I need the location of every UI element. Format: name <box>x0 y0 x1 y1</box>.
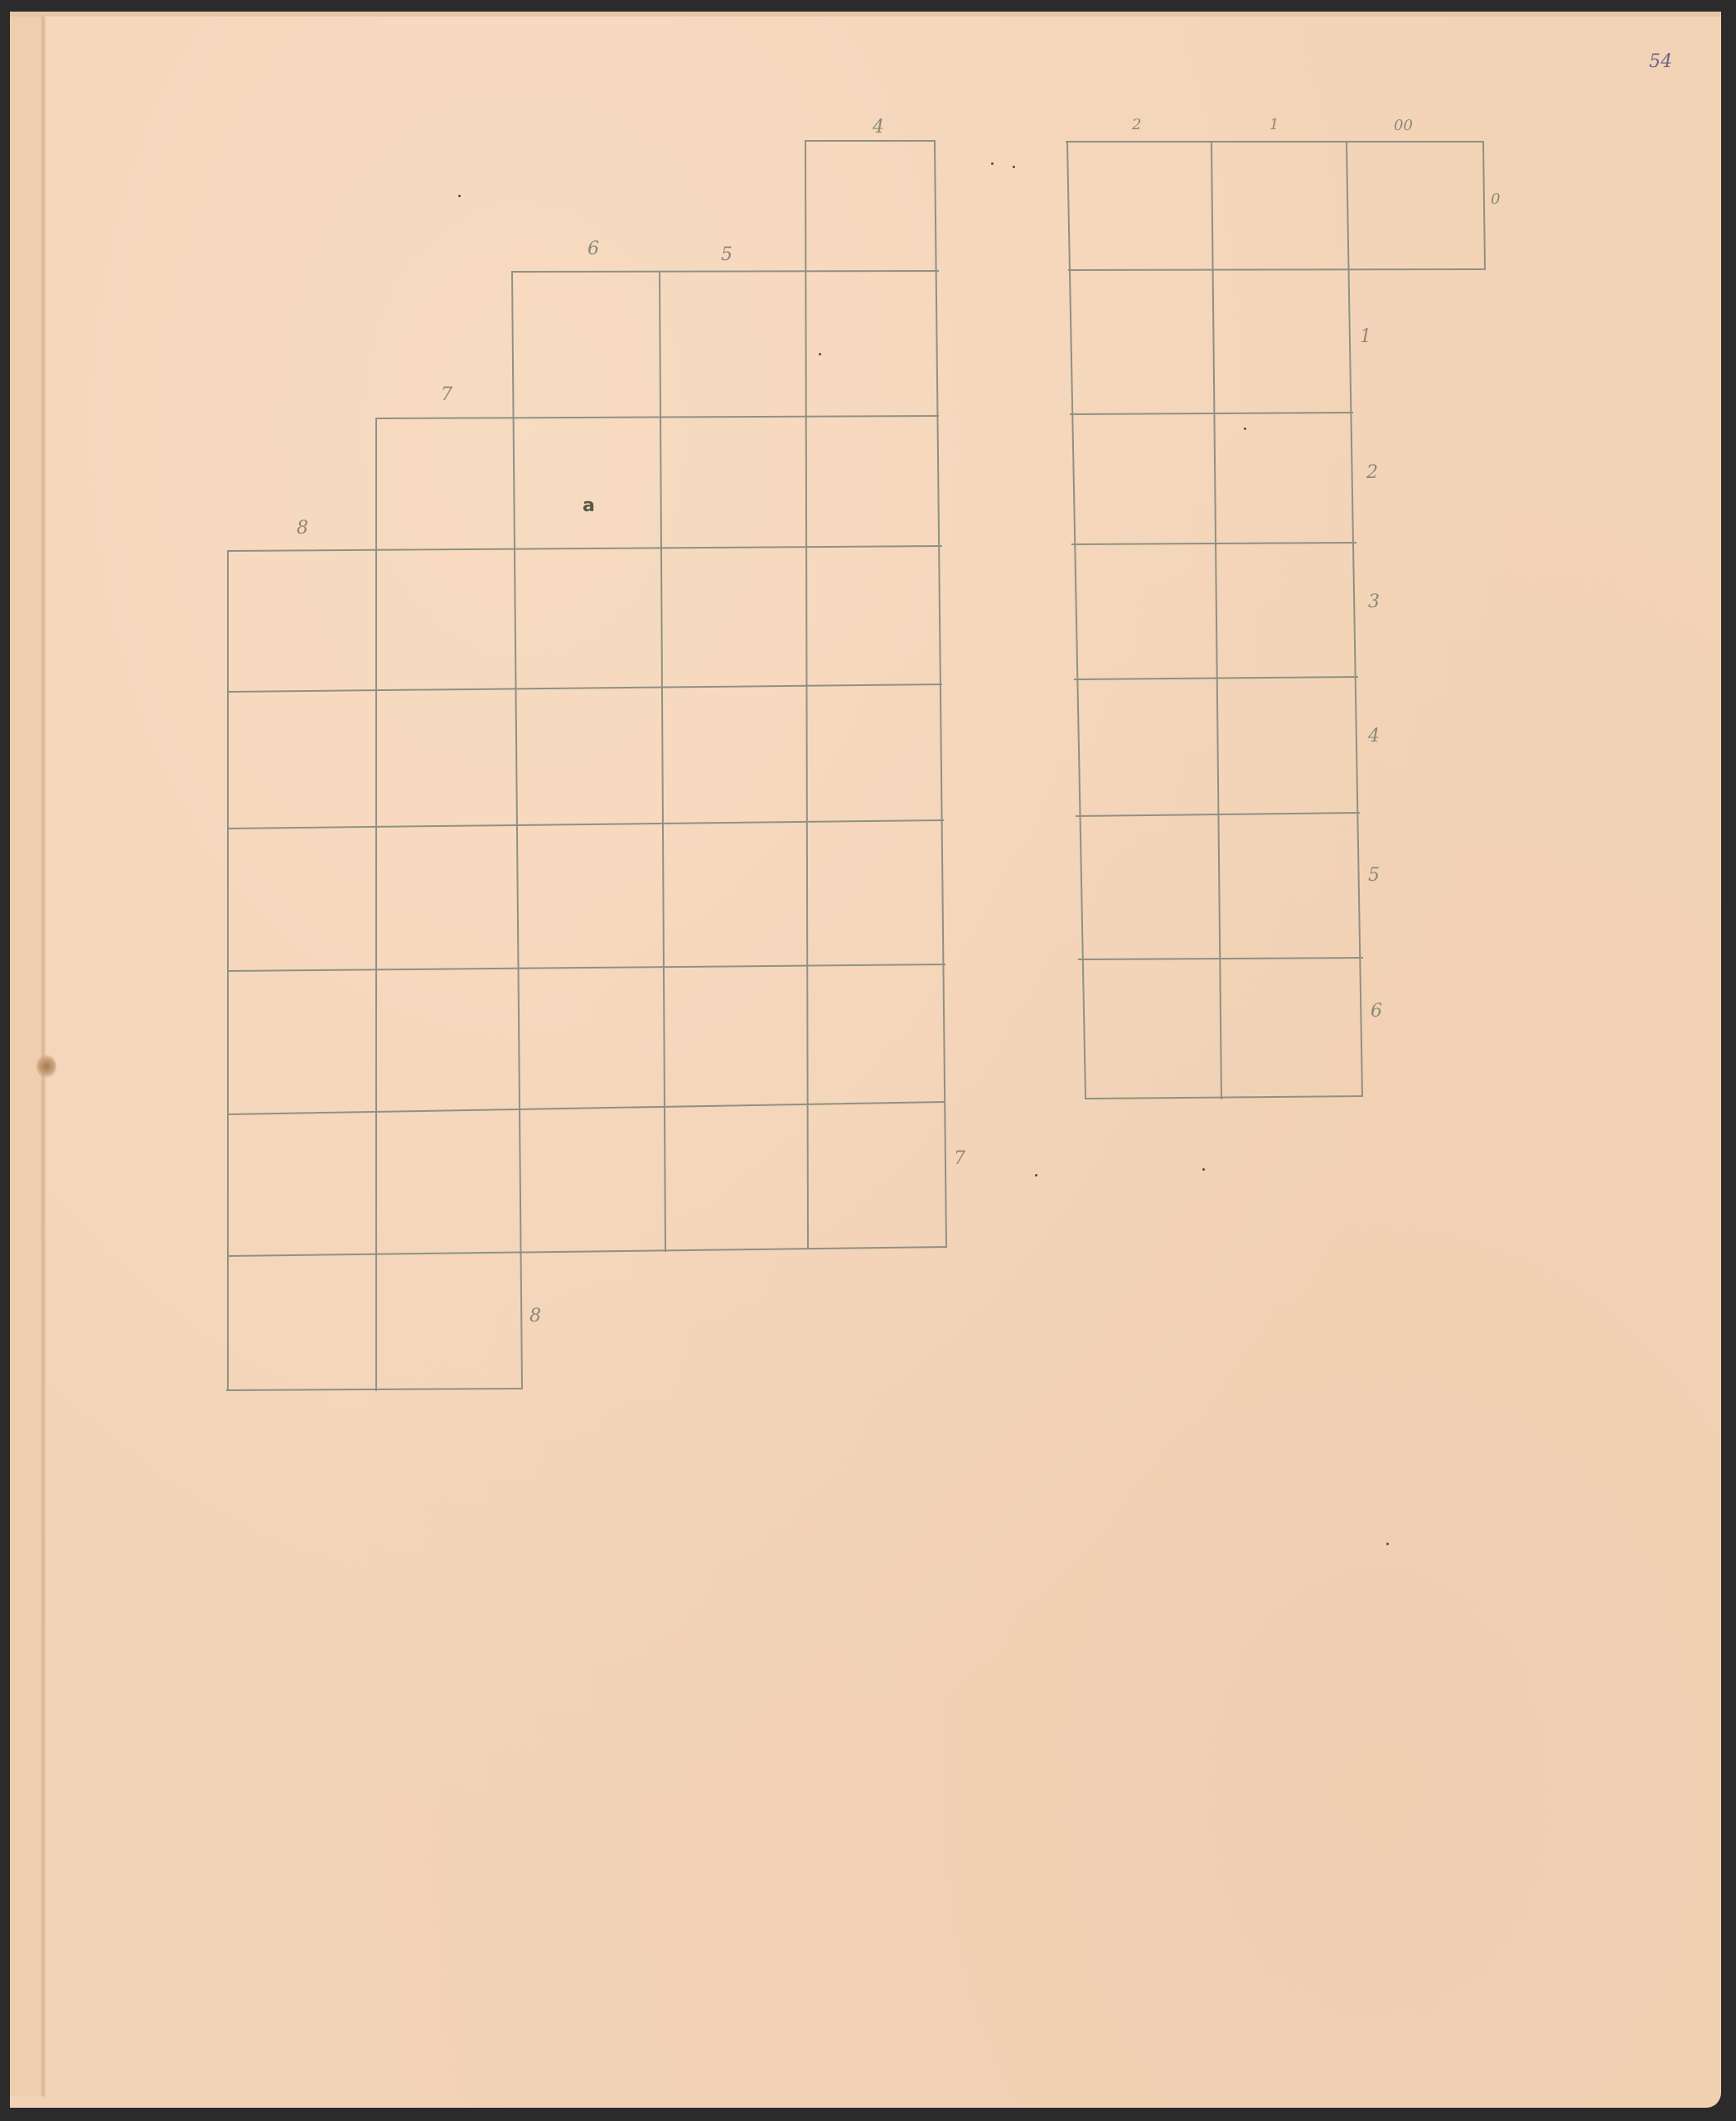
paper-speck <box>1386 1543 1389 1545</box>
column-label: 00 <box>1394 118 1413 133</box>
row-label: 6 <box>1371 1003 1382 1021</box>
column-label: 6 <box>588 240 599 258</box>
pencil-mark: a <box>583 495 595 516</box>
left-grid <box>227 141 946 1390</box>
page-number: 54 <box>1649 51 1672 72</box>
paper-speck <box>991 162 994 165</box>
row-label: 5 <box>1368 867 1380 885</box>
column-label: 4 <box>873 118 884 137</box>
row-label: 1 <box>1360 328 1371 346</box>
row-label: 4 <box>1368 727 1380 746</box>
column-label: 2 <box>1132 118 1141 133</box>
column-label: 1 <box>1269 118 1279 133</box>
paper-speck <box>458 195 461 197</box>
pencil-grids <box>0 0 1736 2121</box>
paper-speck <box>819 353 821 355</box>
row-label: 2 <box>1366 464 1378 482</box>
row-label: 7 <box>954 1150 965 1168</box>
row-label: 8 <box>530 1307 541 1326</box>
paper-speck <box>1013 166 1015 168</box>
paper-speck <box>1202 1168 1205 1171</box>
column-label: 7 <box>441 386 452 404</box>
paper-speck <box>1035 1174 1037 1176</box>
right-grid <box>1066 142 1485 1099</box>
paper-speck <box>1244 428 1246 430</box>
row-label: 0 <box>1491 192 1500 207</box>
column-label: 8 <box>297 519 308 538</box>
column-label: 5 <box>721 246 733 264</box>
row-label: 3 <box>1368 593 1380 611</box>
